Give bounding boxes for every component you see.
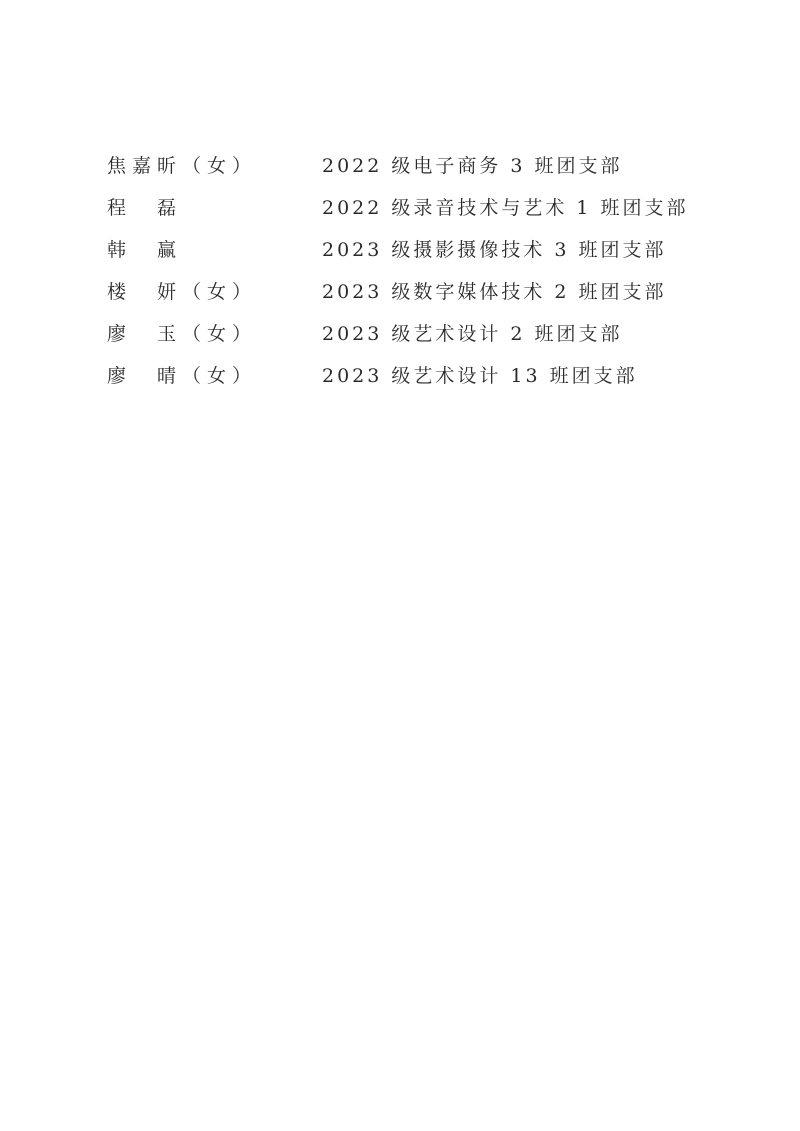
member-branch: 2022 级电子商务 3 班团支部 [322, 145, 623, 187]
roster-row: 廖 晴（女） 2023 级艺术设计 13 班团支部 [107, 355, 707, 397]
member-name: 焦嘉昕（女） [107, 145, 257, 187]
roster-row: 廖 玉（女） 2023 级艺术设计 2 班团支部 [107, 313, 707, 355]
member-branch: 2023 级艺术设计 13 班团支部 [322, 355, 638, 397]
roster-row: 韩 赢 2023 级摄影摄像技术 3 班团支部 [107, 229, 707, 271]
member-name: 廖 玉（女） [107, 313, 257, 355]
document-page: 焦嘉昕（女） 2022 级电子商务 3 班团支部 程 磊 2022 级录音技术与… [0, 0, 800, 1131]
member-branch: 2022 级录音技术与艺术 1 班团支部 [322, 187, 689, 229]
member-name: 韩 赢 [107, 229, 182, 271]
member-name: 廖 晴（女） [107, 355, 257, 397]
roster-row: 程 磊 2022 级录音技术与艺术 1 班团支部 [107, 187, 707, 229]
member-branch: 2023 级数字媒体技术 2 班团支部 [322, 271, 667, 313]
member-name: 程 磊 [107, 187, 182, 229]
member-branch: 2023 级艺术设计 2 班团支部 [322, 313, 623, 355]
member-branch: 2023 级摄影摄像技术 3 班团支部 [322, 229, 667, 271]
roster-row: 楼 妍（女） 2023 级数字媒体技术 2 班团支部 [107, 271, 707, 313]
roster-row: 焦嘉昕（女） 2022 级电子商务 3 班团支部 [107, 145, 707, 187]
member-roster: 焦嘉昕（女） 2022 级电子商务 3 班团支部 程 磊 2022 级录音技术与… [107, 145, 707, 397]
member-name: 楼 妍（女） [107, 271, 257, 313]
